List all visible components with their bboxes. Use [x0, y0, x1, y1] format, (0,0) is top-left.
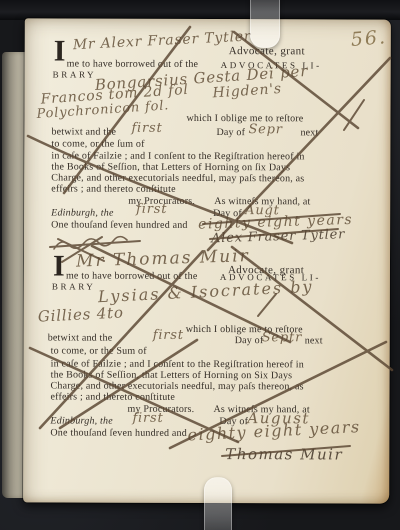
signed-day-handwritten: first	[132, 411, 163, 426]
printed-failzie-line: effeirs ; and thereto conſtitute	[51, 183, 176, 194]
borrowing-entry-1: I Mr Alexr Fraser Tytler Advocate, grant…	[25, 18, 391, 19]
printed-day-of: Day of	[235, 335, 264, 346]
book-title-handwritten: Gillies 4to	[37, 303, 124, 325]
printed-sum-line: to come, or the Sum of	[51, 345, 147, 356]
mounting-strap-bottom	[204, 477, 232, 530]
book-spine-shadow	[0, 0, 400, 20]
year-handwritten: eighty eight years	[187, 417, 361, 444]
photographed-register-page: 56. I Mr Alexr Fraser Tytler Advocate, g…	[0, 0, 400, 530]
printed-year-line: One thouſand ſeven hundred and	[51, 219, 188, 230]
book-title-handwritten: Higden's	[212, 81, 282, 102]
page-number: 56.	[350, 26, 388, 51]
due-day-handwritten: first	[131, 121, 162, 136]
printed-sum-line: to come, or the ſum of	[51, 138, 144, 149]
printed-year-line: One thouſand ſeven hundred and	[50, 427, 187, 438]
printed-failzie-line: in caſe of Failzie ; and I conſent to th…	[51, 150, 304, 162]
signed-day-handwritten: first	[136, 202, 167, 217]
dropcap-initial: I	[53, 255, 65, 277]
printed-borrowed-line: me to have borrowed out of the	[67, 59, 199, 70]
signature-handwritten: Alex Fraser Tytler	[211, 227, 346, 246]
due-day-handwritten: first	[153, 328, 184, 343]
mounting-strap-top	[250, 0, 280, 48]
printed-library-caps-2: BRARY	[52, 281, 96, 291]
due-month-handwritten: Septr	[262, 330, 302, 345]
dropcap-initial: I	[54, 40, 66, 62]
borrowing-entry-2: I Mr Thomas Muir Advocate, grant me to h…	[25, 18, 391, 19]
due-month-handwritten: Sepr	[248, 122, 282, 137]
borrower-name-handwritten: Mr Alexr Fraser Tytler	[72, 28, 251, 53]
printed-edinburgh: Edinburgh, the	[50, 415, 112, 426]
printed-failzie-line: the Books of Seſſion, that Letters of Ho…	[51, 369, 293, 381]
borrower-name-handwritten: Mr Thomas Muir	[76, 246, 250, 271]
printed-restore-line: which I oblige me to reſtore	[186, 113, 303, 124]
printed-edinburgh: Edinburgh, the	[51, 207, 113, 218]
signature-handwritten: Thomas Muir	[225, 445, 343, 463]
register-page: 56. I Mr Alexr Fraser Tytler Advocate, g…	[23, 18, 391, 503]
printed-library-caps-2: BRARY	[53, 69, 97, 79]
printed-failzie-line: effeirs ; and thereto conſtitute	[51, 391, 176, 402]
printed-borrowed-line: me to have borrowed out of the	[66, 271, 198, 282]
printed-betwixt: betwixt and the	[48, 332, 113, 343]
printed-failzie-line: Charge, and other executorials needful, …	[51, 172, 304, 184]
printed-day-of: Day of	[216, 127, 245, 138]
printed-failzie-line: Charge, and other executorials needful, …	[51, 380, 304, 392]
printed-failzie-line: the Books of Seſſion, that Letters of Ho…	[51, 161, 290, 173]
printed-failzie-line: in caſe of Failzie ; and I conſent to th…	[51, 358, 304, 370]
printed-next: next	[305, 335, 323, 346]
printed-betwixt: betwixt and the	[51, 126, 116, 137]
printed-next: next	[300, 127, 318, 138]
